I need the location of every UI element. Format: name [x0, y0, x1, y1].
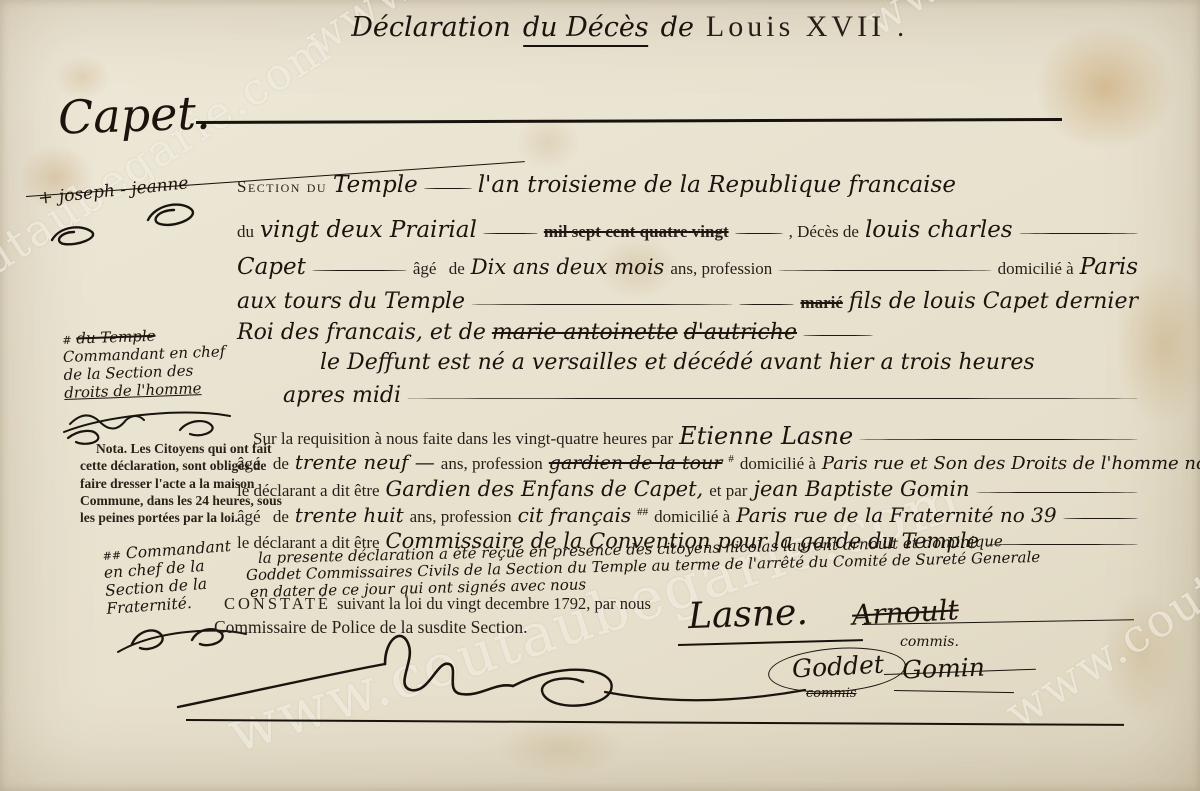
- ink-rule: [471, 304, 733, 305]
- paraph-scribble: [142, 198, 200, 230]
- insert-mark: #: [728, 453, 734, 465]
- paraph-scribble: [60, 400, 235, 442]
- printed-label: du: [237, 222, 254, 242]
- ink-rule: [483, 233, 538, 234]
- scanned-document: www.coutaubegarie.com www.coutaubegarie.…: [0, 0, 1200, 791]
- title-script: Déclaration: [351, 12, 511, 43]
- watermark-text: www.coutaubegarie.com: [856, 0, 1200, 47]
- handwritten-value: fils de louis Capet dernier: [849, 289, 1138, 314]
- handwritten-value: Etienne Lasne: [679, 422, 853, 450]
- constate-word: Constaté: [224, 594, 331, 614]
- ink-rule: [859, 439, 1138, 440]
- struck-text: gardien de la tour: [549, 452, 723, 474]
- paper-stain: [1100, 590, 1185, 720]
- body-line-parents: Roi des francais, et de marie antoinette…: [237, 320, 873, 345]
- ink-rule: [894, 690, 1014, 693]
- signature-goddet-title: commis: [806, 686, 857, 701]
- signature-arnoult-title: commis.: [900, 634, 959, 650]
- handwritten-value: jean Baptiste Gomin: [753, 477, 969, 501]
- printed-label: âgé de: [237, 454, 289, 474]
- document-title: Déclaration du Décès de Louis XVII .: [351, 10, 904, 47]
- printed-label: domicilié à: [998, 259, 1074, 279]
- signature-gomin: Gomin: [902, 653, 986, 685]
- ink-rule: [407, 398, 1138, 399]
- struck-text: d'autriche: [684, 320, 797, 345]
- body-line-requisition: Sur la requisition à nous faite dans les…: [253, 422, 1138, 450]
- ink-rule: [196, 118, 1062, 124]
- ink-rule: [778, 270, 991, 271]
- handwritten-value: Temple: [333, 172, 418, 198]
- insert-mark: ##: [102, 549, 121, 563]
- ink-rule: [739, 304, 794, 305]
- printed-label: et par: [709, 481, 747, 501]
- handwritten-value: vingt deux Prairial: [260, 217, 477, 243]
- paraph-scribble: [48, 222, 100, 248]
- ink-rule: [1063, 518, 1138, 519]
- printed-label: domicilié à: [740, 454, 816, 474]
- printed-label: ans, profession: [441, 454, 543, 474]
- handwritten-value: apres midi: [283, 383, 401, 408]
- handwritten-value: Roi des francais, et de: [237, 320, 486, 345]
- printed-label: , Décès de: [789, 222, 859, 242]
- body-line-address: aux tours du Temple marié fils de louis …: [237, 289, 1138, 314]
- printed-label: Section du: [237, 177, 327, 197]
- ink-rule: [803, 335, 873, 336]
- struck-text: marié: [800, 293, 842, 313]
- constate-line: Constaté suivant la loi du vingt decembr…: [224, 594, 651, 614]
- printed-label: âgé de: [237, 507, 289, 527]
- signature-goddet: Goddet: [791, 650, 884, 684]
- handwritten-value: cit français: [518, 503, 632, 527]
- struck-text: mil sept cent quatre vingt: [544, 222, 729, 242]
- paper-stain: [495, 720, 625, 775]
- title-period: .: [897, 12, 904, 44]
- body-line-guardian: le déclarant a dit être Gardien des Enfa…: [237, 477, 1138, 501]
- printed-label: le déclarant a dit être: [237, 481, 380, 501]
- handwritten-value: Paris rue de la Fraternité no 39: [736, 503, 1056, 527]
- title-name: Louis XVII: [706, 10, 885, 44]
- body-line-death2: apres midi: [283, 383, 1138, 408]
- handwritten-value: Capet: [237, 254, 306, 280]
- handwritten-value: le Deffunt est né a versailles et décédé…: [320, 350, 1035, 375]
- capet-heading: Capet.: [57, 85, 211, 144]
- ink-rule: [312, 270, 407, 271]
- title-script: de: [661, 12, 694, 43]
- body-line-section: Section du Temple l'an troisieme de la R…: [237, 172, 1138, 198]
- printed-label: ans, profession: [410, 507, 512, 527]
- ink-rule: [424, 188, 472, 189]
- signature-arnoult: Arnoult: [851, 593, 959, 632]
- signature-lasne: Lasne.: [687, 592, 808, 637]
- printed-label: domicilié à: [654, 507, 730, 527]
- ink-rule: [735, 233, 783, 234]
- printed-label: ans, profession: [670, 259, 772, 279]
- ink-rule: [1019, 233, 1138, 234]
- paper-stain: [1035, 25, 1175, 150]
- handwritten-value: Gardien des Enfans de Capet,: [386, 477, 704, 501]
- handwritten-value: Paris rue et Son des Droits de l'homme n…: [822, 453, 1200, 474]
- body-line-declarant1: âgé de trente neuf — ans, profession gar…: [237, 450, 1138, 474]
- body-line-date: du vingt deux Prairial mil sept cent qua…: [237, 217, 1138, 243]
- title-script-underlined: du Décès: [523, 12, 649, 47]
- handwritten-value: trente huit: [295, 503, 404, 527]
- body-line-death: le Deffunt est né a versailles et décédé…: [320, 350, 1035, 375]
- handwritten-value: Dix ans deux mois: [471, 255, 665, 279]
- printed-label: âgé de: [413, 259, 465, 279]
- ink-rule: [985, 544, 1138, 545]
- struck-text: marie antoinette: [492, 320, 678, 345]
- cross-mark: +: [37, 186, 54, 208]
- handwritten-value: Paris: [1080, 254, 1138, 280]
- body-line-declarant2: âgé de trente huit ans, profession cit f…: [237, 503, 1138, 527]
- handwritten-value: trente neuf —: [295, 450, 435, 474]
- constate-rest: suivant la loi du vingt decembre 1792, p…: [337, 594, 651, 614]
- insert-mark: ##: [637, 506, 648, 518]
- insert-mark: #: [62, 334, 72, 347]
- handwritten-value: louis charles: [865, 217, 1013, 243]
- ink-rule: [976, 492, 1138, 493]
- handwritten-value: l'an troisieme de la Republique francais…: [478, 172, 956, 198]
- printed-label: Sur la requisition à nous faite dans les…: [253, 429, 673, 449]
- body-line-age: Capet âgé de Dix ans deux mois ans, prof…: [237, 254, 1138, 280]
- margin-note-droits: # du Temple Commandant en chef de la Sec…: [62, 324, 239, 402]
- handwritten-value: aux tours du Temple: [237, 289, 465, 314]
